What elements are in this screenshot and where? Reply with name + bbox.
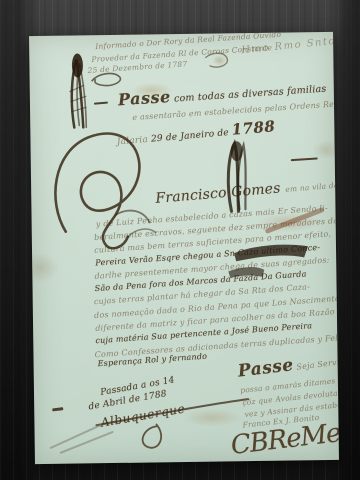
petition-opening-rest: em na vila de Cuyabá xyxy=(285,178,339,194)
quill-plume-mark xyxy=(69,53,86,127)
decree-passe-word: Passe xyxy=(237,355,295,381)
pen-dash-left xyxy=(94,102,108,105)
ink-scribble-blot xyxy=(228,141,246,211)
heading-date: 29 de Janeiro de xyxy=(151,128,230,145)
heading-passe-word: Passe xyxy=(117,87,171,109)
heading-year: 1788 xyxy=(231,117,276,139)
manuscript-paper: Informado o Dor Rory da Real Fazenda Ouv… xyxy=(29,32,339,464)
decree-line-1-rest: Seja Servido m xyxy=(296,355,339,372)
heading-place: Jalaria xyxy=(117,135,149,148)
pen-dash-right xyxy=(291,157,318,161)
photo-background: Informado o Dor Rory da Real Fazenda Ouv… xyxy=(0,0,360,480)
note-rubric xyxy=(92,73,121,85)
pen-dash-bottom-left xyxy=(52,407,63,411)
petitioner-name: Francisco Gomes xyxy=(155,180,281,206)
petition-opening: Francisco Gomes em na vila de Cuyabá xyxy=(155,173,339,207)
heading-line-3: Jalaria 29 de Janeiro de 1788 xyxy=(116,117,276,148)
